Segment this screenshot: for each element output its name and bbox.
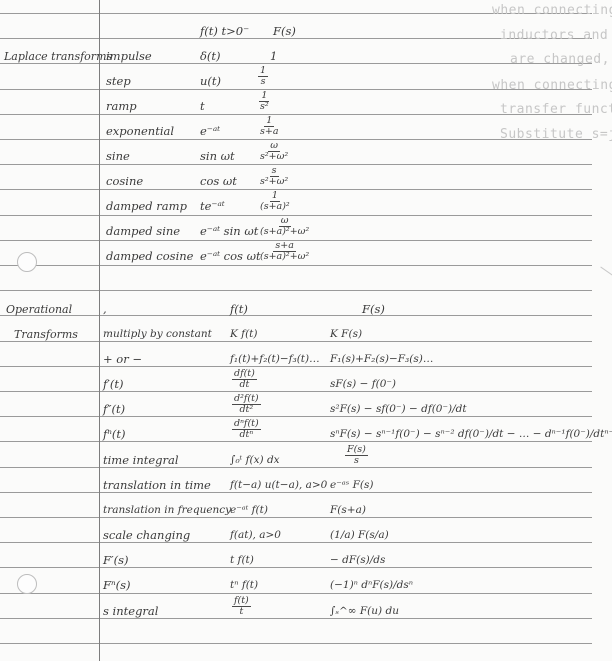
time-function: cos ωt	[200, 176, 237, 188]
s-function: sF(s) − f(0⁻)	[330, 379, 396, 390]
time-function: t	[200, 101, 205, 113]
s-function: (1/a) F(s/a)	[330, 530, 389, 541]
operational-header-time: f(t)	[230, 304, 248, 316]
section-label-laplace: Laplace transforms	[4, 51, 112, 62]
transform-name: step	[106, 76, 131, 88]
ruled-line	[0, 290, 592, 291]
s-function: (−1)ⁿ dⁿF(s)/dsⁿ	[330, 580, 413, 591]
time-function: e⁻ᵃᵗ f(t)	[230, 505, 268, 516]
transform-name: damped ramp	[106, 201, 187, 213]
time-function: ∫₀ᵗ f(x) dx	[230, 455, 280, 466]
s-function-denominator: s²	[258, 102, 271, 112]
s-function: e⁻ᵃˢ F(s)	[330, 480, 373, 491]
time-function: e⁻ᵃᵗ	[200, 126, 220, 138]
s-function-denominator: (s+a)²+ω²	[258, 227, 311, 237]
time-function: K f(t)	[230, 329, 257, 340]
transform-name: exponential	[106, 126, 174, 138]
ruled-line	[0, 189, 592, 190]
operation-name: fⁿ(t)	[103, 429, 126, 441]
time-function-denominator: dtⁿ	[237, 430, 255, 440]
s-function: 1s+a	[258, 116, 281, 137]
time-function: f(t)t	[232, 596, 251, 617]
s-function-denominator: s+a	[258, 127, 281, 137]
ruled-line	[0, 618, 592, 619]
transform-name: cosine	[106, 176, 143, 188]
bleed-through-text: when connecting it with	[492, 3, 612, 18]
time-function: df(t)dt	[232, 369, 257, 390]
s-function: − dF(s)/ds	[330, 555, 385, 566]
ruled-line	[0, 265, 592, 266]
operation-name: Fⁿ(s)	[103, 580, 131, 592]
s-function: 1s	[258, 66, 268, 87]
ruled-line	[0, 164, 592, 165]
ruled-line	[0, 643, 592, 644]
ruled-line	[0, 542, 592, 543]
transform-name: damped cosine	[106, 251, 193, 263]
operational-header-s: F(s)	[362, 304, 385, 316]
time-function: f₁(t)+f₂(t)−f₃(t)…	[230, 354, 320, 365]
operation-name: f′(t)	[103, 379, 123, 391]
section-label-transforms: Transforms	[14, 329, 78, 340]
operation-name: s integral	[103, 606, 158, 618]
time-function: d²f(t)dt²	[232, 394, 261, 415]
time-function-denominator: t	[237, 607, 245, 617]
ruled-line	[0, 593, 592, 594]
s-function: ss²+ω²	[258, 166, 290, 187]
operation-name: time integral	[103, 455, 179, 467]
time-function: sin ωt	[200, 151, 235, 163]
time-function: tⁿ f(t)	[230, 580, 258, 591]
s-function-denominator: s²+ω²	[258, 152, 290, 162]
transform-name: sine	[106, 151, 130, 163]
laplace-header-s: F(s)	[273, 26, 296, 38]
binder-hole-icon	[17, 574, 37, 594]
time-function: δ(t)	[200, 51, 221, 63]
bleed-through-text: are changed, they	[510, 52, 612, 67]
s-function: ∫ₛ^∞ F(u) du	[330, 606, 399, 617]
s-function-denominator: s	[259, 77, 268, 87]
s-function-denominator: s	[352, 456, 361, 466]
ruled-line	[0, 63, 592, 64]
time-function: dⁿf(t)dtⁿ	[232, 419, 261, 440]
time-function: t f(t)	[230, 555, 254, 566]
ruled-line	[0, 366, 592, 367]
s-function: s+a(s+a)²+ω²	[258, 241, 311, 262]
operation-name: + or −	[103, 354, 142, 366]
ruled-line	[0, 517, 592, 518]
s-function-denominator: (s+a)²+ω²	[258, 252, 311, 262]
s-function: ω(s+a)²+ω²	[258, 216, 311, 237]
bleed-through-text: transfer function H(s)	[500, 102, 612, 117]
ruled-line	[0, 567, 592, 568]
laplace-header-time: f(t) t>0⁻	[200, 26, 249, 38]
ruled-line	[0, 441, 592, 442]
time-function-denominator: dt	[237, 380, 251, 390]
section-label-operational: Operational	[6, 304, 72, 315]
s-function-denominator: s²+ω²	[258, 177, 290, 187]
ruled-line	[0, 416, 592, 417]
operation-name: F′(s)	[103, 555, 128, 567]
page-tear-mark	[583, 266, 612, 304]
transform-name: impulse	[106, 51, 152, 63]
s-function: K F(s)	[330, 329, 362, 340]
ruled-line	[0, 492, 592, 493]
ruled-line	[0, 315, 592, 316]
ruled-line	[0, 391, 592, 392]
tick-mark: ,	[103, 304, 107, 316]
time-function: e⁻ᵃᵗ sin ωt	[200, 226, 258, 238]
time-function: f(at), a>0	[230, 530, 281, 541]
time-function-denominator: dt²	[237, 405, 255, 415]
transform-name: ramp	[106, 101, 137, 113]
s-function: ωs²+ω²	[258, 141, 290, 162]
s-function: s²F(s) − sf(0⁻) − df(0⁻)/dt	[330, 404, 467, 415]
margin-line	[99, 0, 100, 661]
operation-name: f″(t)	[103, 404, 125, 416]
s-function: sⁿF(s) − sⁿ⁻¹f(0⁻) − sⁿ⁻² df(0⁻)/dt − … …	[330, 429, 612, 440]
bleed-through-text: when connecting, resistors	[492, 78, 612, 93]
s-function-denominator: (s+a)²	[258, 202, 292, 212]
s-function: F₁(s)+F₂(s)−F₃(s)…	[330, 354, 433, 365]
operation-name: scale changing	[103, 530, 190, 542]
ruled-line	[0, 341, 592, 342]
ruled-line	[0, 467, 592, 468]
time-function: f(t−a) u(t−a), a>0	[230, 480, 327, 491]
notebook-page: when connecting it with inductors and ca…	[0, 0, 612, 661]
s-function: 1s²	[258, 91, 271, 112]
bleed-through-text: inductors and capacitors	[500, 28, 612, 43]
bleed-through-text: Substitute s=jw ... in	[500, 127, 612, 142]
s-function: 1(s+a)²	[258, 191, 292, 212]
time-function: te⁻ᵃᵗ	[200, 201, 225, 213]
operation-name: translation in time	[103, 480, 211, 492]
s-function: 1	[270, 51, 277, 63]
operation-name: translation in frequency	[103, 505, 231, 516]
s-function: F(s+a)	[330, 505, 366, 516]
binder-hole-icon	[17, 252, 37, 272]
transform-name: damped sine	[106, 226, 180, 238]
time-function: e⁻ᵃᵗ cos ωt	[200, 251, 261, 263]
operation-name: multiply by constant	[103, 329, 212, 340]
s-function: F(s)s	[345, 445, 368, 466]
time-function: u(t)	[200, 76, 221, 88]
